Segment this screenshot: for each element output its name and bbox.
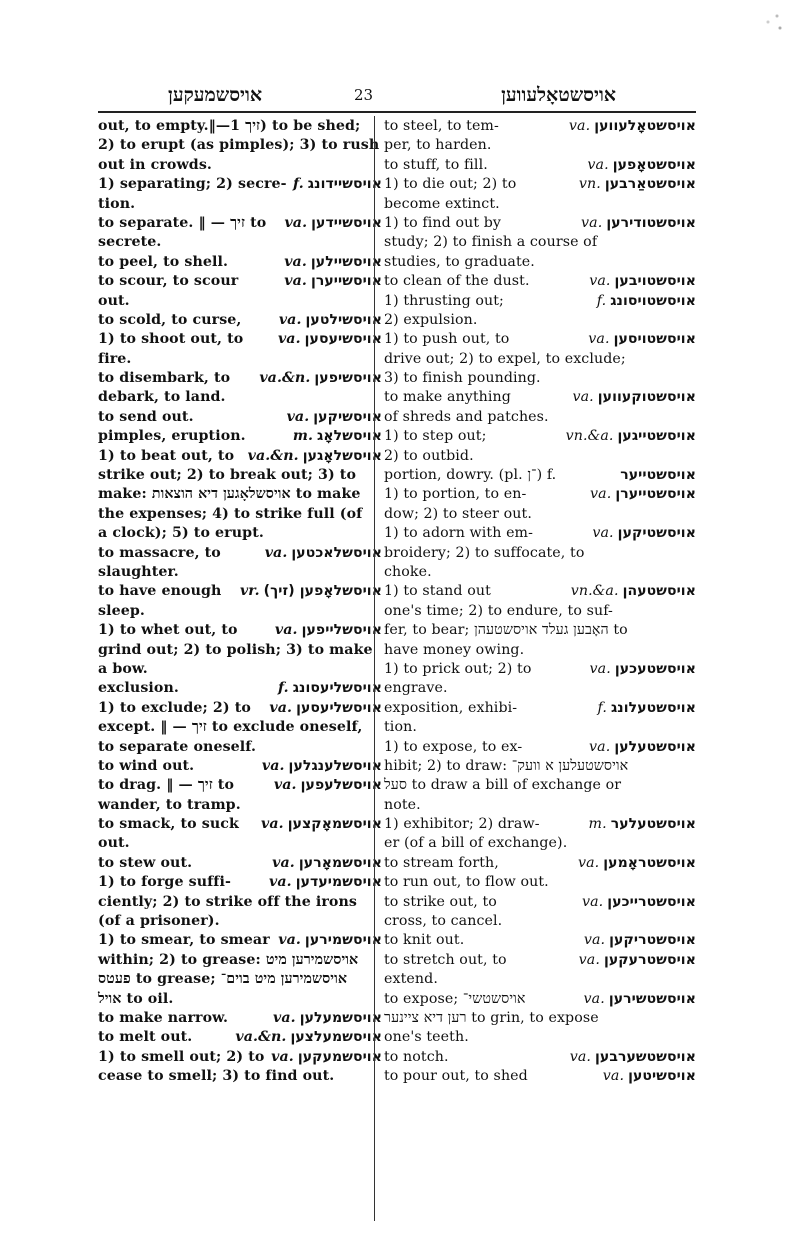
entry-line: to smack, to suckva.אויסשמאָקצען	[98, 815, 382, 834]
headword: אויסשלאָג	[317, 428, 382, 444]
headword-group: va.אויסשיידען	[284, 214, 382, 233]
entry-line: 1) to portion, to en-va.אויסשטייערן	[384, 485, 696, 504]
entry-line: to stew out.va.אויסשמאָרען	[98, 854, 382, 873]
definition-text: to stream forth,	[384, 854, 499, 873]
headword: אויסשטייגען	[618, 428, 697, 444]
part-of-speech: va.	[590, 486, 611, 502]
definition-text: slaughter.	[98, 564, 179, 580]
entry-line: to stretch out, tova.אויסשטרעקען	[384, 951, 696, 970]
definition-text: 1) to find out by	[384, 214, 501, 233]
entry-line: drive out; 2) to expel, to exclude;	[384, 350, 696, 369]
definition-text: to scour, to scour	[98, 272, 238, 291]
definition-text: wander, to tramp.	[98, 797, 241, 813]
part-of-speech: f.	[597, 700, 606, 716]
headword-group: va.אויסשמיעדען	[269, 873, 382, 892]
entry-line: fire.	[98, 350, 382, 369]
entry-line: hibit; 2) to draw: אויסשטעלען א וועק־	[384, 757, 696, 776]
entry-line: to pour out, to shedva.אויסשיטען	[384, 1067, 696, 1086]
headword: אויסשטשערבען	[595, 1049, 696, 1065]
entry-line: to send out.va.אויסשיקען	[98, 408, 382, 427]
headword-group: va.אויסשמאָקצען	[261, 815, 382, 834]
headword-group: va.אויסשמעלען	[273, 1009, 382, 1028]
headword-group: va.אויסשלענגלען	[262, 757, 382, 776]
entry-line: 2) to outbid.	[384, 447, 696, 466]
definition-text: 1) to exclude; 2) to	[98, 699, 251, 718]
headword: אויסשטראָמען	[603, 855, 696, 871]
definition-text: studies, to graduate.	[384, 254, 535, 270]
part-of-speech: m.	[589, 816, 607, 832]
definition-text: secrete.	[98, 234, 161, 250]
part-of-speech: vn.&a.	[566, 428, 614, 444]
entry-line: one's teeth.	[384, 1028, 696, 1047]
entry-line: to notch.va.אויסשטשערבען	[384, 1048, 696, 1067]
dictionary-page: אויסשמעקען 23 אויסשטאָלעווען out, to emp…	[0, 0, 788, 1238]
definition-text: אויל to oil.	[98, 991, 173, 1007]
part-of-speech: va.	[265, 545, 288, 561]
headword: אויסשטריקען	[609, 932, 696, 948]
definition-text: note.	[384, 797, 421, 813]
entry-line: 1) to prick out; 2) tova.אויסשטעכען	[384, 660, 696, 679]
headword-group: va.אויסשטיקען	[592, 524, 696, 543]
definition-text: to run out, to flow out.	[384, 874, 549, 890]
headword-group: va.אויסשטאָלעווען	[569, 117, 696, 136]
headword: אויסשמעלען	[300, 1010, 382, 1026]
entry-line: exposition, exhibi-f.אויסשטעלונג	[384, 699, 696, 718]
headword: אויסשלאכטען	[291, 545, 382, 561]
headword-group: va.אויסשמעקען	[271, 1048, 382, 1067]
part-of-speech: va.	[603, 1068, 624, 1084]
definition-text: to scold, to curse,	[98, 311, 241, 330]
definition-text: drive out; 2) to expel, to exclude;	[384, 351, 626, 367]
definition-text: to pour out, to shed	[384, 1067, 528, 1086]
entry-line: studies, to graduate.	[384, 253, 696, 272]
definition-text: 1) to portion, to en-	[384, 485, 526, 504]
definition-text: except. ‖ — זיך to exclude oneself,	[98, 719, 362, 735]
definition-text: פעטס to grease; אויסשמירען מיט בוים־	[98, 971, 347, 987]
entry-line: slaughter.	[98, 563, 382, 582]
part-of-speech: va.	[587, 157, 608, 173]
entry-line: a bow.	[98, 660, 382, 679]
entry-line: 1) to beat out, tova.&n.אויסשלאָגען	[98, 447, 382, 466]
part-of-speech: m.	[293, 428, 313, 444]
headword-group: va.אויסשיעסען	[278, 330, 382, 349]
entry-line: to strike out, tova.אויסשטרייכען	[384, 893, 696, 912]
entry-line: 3) to finish pounding.	[384, 369, 696, 388]
definition-text: exclusion.	[98, 679, 179, 698]
definition-text: 1) to smell out; 2) to	[98, 1048, 264, 1067]
part-of-speech: va.	[590, 661, 611, 677]
definition-text: 1) to stand out	[384, 582, 491, 601]
definition-text: 1) to push out, to	[384, 330, 509, 349]
headword-group: va.אויסשמירען	[278, 931, 382, 950]
definition-text: dow; 2) to steer out.	[384, 506, 532, 522]
headword-group: va.אויסשילטען	[279, 311, 382, 330]
entry-line: 1) to find out byva.אויסשטודירען	[384, 214, 696, 233]
headword: אויסשטעלונג	[611, 700, 696, 716]
entry-line: fer, to bear; האָבען געלד אויסשטעהן to	[384, 621, 696, 640]
definition-text: strike out; 2) to break out; 3) to	[98, 467, 356, 483]
part-of-speech: va.	[578, 855, 599, 871]
definition-text: to notch.	[384, 1048, 449, 1067]
entry-line: er (of a bill of exchange).	[384, 834, 696, 853]
definition-text: רען דיא ציינער to grin, to expose	[384, 1010, 599, 1026]
headword-group: va.אויסשלייפען	[275, 621, 382, 640]
definition-text: 1) exhibitor; 2) draw-	[384, 815, 540, 834]
entry-line: to clean of the dust.va.אויסשטויבען	[384, 272, 696, 291]
part-of-speech: va.	[584, 932, 605, 948]
part-of-speech: va.	[589, 739, 610, 755]
part-of-speech: va.	[581, 215, 602, 231]
entry-line: 1) thrusting out;f.אויסשטויסונג	[384, 292, 696, 311]
entry-line: dow; 2) to steer out.	[384, 505, 696, 524]
entry-line: to scour, to scourva.אויסשייערן	[98, 272, 382, 291]
definition-text: a bow.	[98, 661, 148, 677]
definition-text: 1) to die out; 2) to	[384, 175, 516, 194]
headword: אויסשטוקעווען	[598, 389, 696, 405]
part-of-speech: va.	[569, 118, 590, 134]
definition-text: hibit; 2) to draw: אויסשטעלען א וועק־	[384, 758, 628, 774]
part-of-speech: va.	[269, 874, 292, 890]
definition-text: grind out; 2) to polish; 3) to make	[98, 642, 373, 658]
definition-text: 1) to step out;	[384, 427, 486, 446]
headword: אויסשמאָקצען	[288, 816, 382, 832]
headword: אויסשטאַרבען	[605, 176, 696, 192]
headword: אויסשטודירען	[606, 215, 696, 231]
definition-text: 1) to forge suffi-	[98, 873, 231, 892]
headword: אויסשמעלצען	[290, 1029, 382, 1045]
definition-text: cross, to cancel.	[384, 913, 502, 929]
entry-line: to make narrow.va.אויסשמעלען	[98, 1009, 382, 1028]
part-of-speech: va.&n.	[248, 448, 299, 464]
entry-line: study; 2) to finish a course of	[384, 233, 696, 252]
entry-line: 1) to stand outvn.&a.אויסשטעהן	[384, 582, 696, 601]
definition-text: to disembark, to	[98, 369, 230, 388]
headword: אויסשיקען	[313, 409, 382, 425]
part-of-speech: va.	[570, 1049, 591, 1065]
definition-text: 1) to beat out, to	[98, 447, 234, 466]
entry-line: to disembark, tova.&n.אויסשיפען	[98, 369, 382, 388]
definition-text: broidery; 2) to suffocate, to	[384, 545, 584, 561]
entry-line: out, to empty.‖—זיך 1) to be shed;	[98, 117, 382, 136]
part-of-speech: va.	[279, 312, 302, 328]
headword: אויסשיילען	[311, 254, 382, 270]
entry-line: to melt out.va.&n.אויסשמעלצען	[98, 1028, 382, 1047]
entry-line: one's time; 2) to endure, to suf-	[384, 602, 696, 621]
headword-group: va.&n.אויסשלאָגען	[248, 447, 382, 466]
part-of-speech: va.	[273, 1010, 296, 1026]
headword-group: va.אויסשיקען	[287, 408, 382, 427]
part-of-speech: va.	[278, 331, 301, 347]
headword-group: va.אויסשטריקען	[584, 931, 696, 950]
entry-line: strike out; 2) to break out; 3) to	[98, 466, 382, 485]
headword-group: f.אויסשטעלונג	[597, 699, 696, 718]
headword-group: va.אויסשטויסען	[588, 330, 696, 349]
definition-text: to make anything	[384, 388, 511, 407]
header-right-guideword: אויסשטאָלעווען	[501, 84, 616, 107]
entry-line: to peel, to shell.va.אויסשיילען	[98, 253, 382, 272]
part-of-speech: va.&n.	[259, 370, 310, 386]
definition-text: become extinct.	[384, 196, 500, 212]
definition-text: debark, to land.	[98, 389, 226, 405]
entry-line: a clock); 5) to erupt.	[98, 524, 382, 543]
headword: אויסשליעסען	[296, 700, 382, 716]
entry-line: to stuff, to fill.va.אויסשטאָפען	[384, 156, 696, 175]
definition-text: extend.	[384, 971, 438, 987]
definition-text: fer, to bear; האָבען געלד אויסשטעהן to	[384, 622, 628, 638]
definition-text: to stretch out, to	[384, 951, 507, 970]
entry-line: to scold, to curse,va.אויסשילטען	[98, 311, 382, 330]
definition-text: the expenses; 4) to strike full (of	[98, 506, 362, 522]
entry-line: to drag. ‖ — זיך tova.אויסשלעפען	[98, 776, 382, 795]
headword: אויסשטייערן	[615, 486, 696, 502]
headword-group: va.אויסשטעלען	[589, 738, 696, 757]
headword-group: f.אויסשיידונג	[293, 175, 382, 194]
entry-line: grind out; 2) to polish; 3) to make	[98, 641, 382, 660]
definition-text: to knit out.	[384, 931, 464, 950]
entry-line: ciently; 2) to strike off the irons	[98, 893, 382, 912]
definition-text: to separate. ‖ — זיך to	[98, 214, 266, 233]
definition-text: tion.	[384, 719, 417, 735]
definition-text: 1) to shoot out, to	[98, 330, 243, 349]
definition-text: a clock); 5) to erupt.	[98, 525, 264, 541]
entry-line: out.	[98, 834, 382, 853]
entry-line: 1) to adorn with em-va.אויסשטיקען	[384, 524, 696, 543]
definition-text: fire.	[98, 351, 131, 367]
entry-line: to run out, to flow out.	[384, 873, 696, 892]
entry-line: 1) to smear, to smearva.אויסשמירען	[98, 931, 382, 950]
definition-text: have money owing.	[384, 642, 524, 658]
entry-line: to separate. ‖ — זיך tova.אויסשיידען	[98, 214, 382, 233]
headword: אויסשמאָרען	[299, 855, 382, 871]
headword-group: va.אויסשלאכטען	[265, 544, 382, 563]
headword-group: f.אויסשליעסונג	[278, 679, 382, 698]
headword: אויסשטעהן	[623, 583, 696, 599]
entry-line: 1) exhibitor; 2) draw-m.אויסשטעלער	[384, 815, 696, 834]
definition-text: portion, dowry. (pl. ־ן) f.	[384, 466, 556, 485]
entry-line: cease to smell; 3) to find out.	[98, 1067, 382, 1086]
headword-group: va.אויסשיטען	[603, 1067, 696, 1086]
entry-line: (of a prisoner).	[98, 912, 382, 931]
definition-text: 3) to finish pounding.	[384, 370, 541, 386]
part-of-speech: va.	[278, 932, 301, 948]
headword: אויסשיעסען	[305, 331, 382, 347]
entry-line: except. ‖ — זיך to exclude oneself,	[98, 718, 382, 737]
definition-text: choke.	[384, 564, 432, 580]
headword: אויסשטייער	[620, 467, 696, 483]
entry-line: 1) to exclude; 2) tova.אויסשליעסען	[98, 699, 382, 718]
definition-text: 1) to smear, to smear	[98, 931, 270, 950]
definition-text: 1) separating; 2) secre-	[98, 175, 287, 194]
definition-text: per, to harden.	[384, 137, 491, 153]
entry-line: 2) expulsion.	[384, 311, 696, 330]
column-divider	[374, 116, 375, 1221]
headword-group: va.אויסשיילען	[284, 253, 382, 272]
headword-group: va.אויסשטוקעווען	[572, 388, 696, 407]
entry-line: have money owing.	[384, 641, 696, 660]
headword-group: va.&n.אויסשמעלצען	[235, 1028, 382, 1047]
definition-text: pimples, eruption.	[98, 427, 246, 446]
definition-text: 1) thrusting out;	[384, 292, 504, 311]
definition-text: to have enough	[98, 582, 221, 601]
definition-text: exposition, exhibi-	[384, 699, 517, 718]
part-of-speech: va.	[269, 700, 292, 716]
definition-text: to smack, to suck	[98, 815, 239, 834]
headword-group: va.אויסשטייערן	[590, 485, 696, 504]
headword: אויסשייערן	[311, 273, 382, 289]
entry-line: choke.	[384, 563, 696, 582]
definition-text: to stuff, to fill.	[384, 156, 488, 175]
page-header: אויסשמעקען 23 אויסשטאָלעווען	[98, 84, 696, 112]
headword: אויסשטויסען	[614, 331, 696, 347]
definition-text: 1) to whet out, to	[98, 621, 238, 640]
headword: אויסשטויסונג	[610, 293, 696, 309]
headword: אויסשיידונג	[308, 176, 382, 192]
headword: אויסשיפען	[314, 370, 382, 386]
definition-text: study; 2) to finish a course of	[384, 234, 597, 250]
definition-text: 1) to expose, to ex-	[384, 738, 522, 757]
headword: אויסשטאָלעווען	[594, 118, 696, 134]
part-of-speech: f.	[597, 293, 606, 309]
definition-text: out.	[98, 293, 130, 309]
headword: אויסשיטען	[628, 1068, 696, 1084]
entry-line: 1) separating; 2) secre-f.אויסשיידונג	[98, 175, 382, 194]
definition-text: one's teeth.	[384, 1029, 469, 1045]
entry-line: to have enoughvr.(זיך) אויסשלאָפען	[98, 582, 382, 601]
definition-text: to peel, to shell.	[98, 253, 228, 272]
right-column: to steel, to tem-va.אויסשטאָלעוועןper, t…	[384, 117, 696, 1087]
definition-text: of shreds and patches.	[384, 409, 549, 425]
entry-line: סעל to draw a bill of exchange or	[384, 776, 696, 795]
headword-group: va.אויסשליעסען	[269, 699, 382, 718]
entry-line: pimples, eruption.m.אויסשלאָג	[98, 427, 382, 446]
part-of-speech: va.	[261, 816, 284, 832]
headword-group: vr.(זיך) אויסשלאָפען	[240, 582, 382, 601]
headword: אויסשליעסונג	[293, 680, 382, 696]
part-of-speech: va.	[588, 331, 609, 347]
header-rule	[98, 111, 696, 113]
part-of-speech: va.	[274, 777, 297, 793]
scan-noise	[756, 4, 786, 34]
headword-group: va.אויסשטודירען	[581, 214, 696, 233]
headword: אויסשטויבען	[615, 273, 696, 289]
definition-text: sleep.	[98, 603, 145, 619]
entry-line: cross, to cancel.	[384, 912, 696, 931]
headword: אויסשמירען	[305, 932, 382, 948]
part-of-speech: f.	[293, 176, 304, 192]
definition-text: to wind out.	[98, 757, 194, 776]
part-of-speech: vn.	[579, 176, 601, 192]
part-of-speech: va.	[589, 273, 610, 289]
headword: אויסשטעלער	[611, 816, 696, 832]
entry-line: tion.	[384, 718, 696, 737]
part-of-speech: va.	[271, 1049, 294, 1065]
entry-line: אויל to oil.	[98, 990, 382, 1009]
entry-line: 1) to shoot out, tova.אויסשיעסען	[98, 330, 382, 349]
definition-text: 2) to outbid.	[384, 448, 474, 464]
headword-group: אויסשטייער	[620, 466, 696, 485]
definition-text: to steel, to tem-	[384, 117, 499, 136]
entry-line: רען דיא ציינער to grin, to expose	[384, 1009, 696, 1028]
headword-group: va.אויסשלעפען	[274, 776, 382, 795]
headword: אויסשטרייכען	[607, 894, 696, 910]
headword-group: vn.אויסשטאַרבען	[579, 175, 696, 194]
header-left-guideword: אויסשמעקען	[168, 84, 262, 107]
definition-text: to strike out, to	[384, 893, 497, 912]
definition-text: סעל to draw a bill of exchange or	[384, 777, 621, 793]
part-of-speech: va.	[284, 254, 307, 270]
part-of-speech: va.	[579, 952, 600, 968]
part-of-speech: f.	[278, 680, 289, 696]
definition-text: 1) to prick out; 2) to	[384, 660, 531, 679]
headword: אויסשטרעקען	[604, 952, 696, 968]
definition-text: one's time; 2) to endure, to suf-	[384, 603, 613, 619]
entry-line: to massacre, tova.אויסשלאכטען	[98, 544, 382, 563]
definition-text: cease to smell; 3) to find out.	[98, 1068, 334, 1084]
entry-line: portion, dowry. (pl. ־ן) f.אויסשטייער	[384, 466, 696, 485]
definition-text: 2) to erupt (as pimples); 3) to rush	[98, 137, 379, 153]
part-of-speech: va.	[275, 622, 298, 638]
entry-line: 1) to whet out, tova.אויסשלייפען	[98, 621, 382, 640]
definition-text: out in crowds.	[98, 157, 212, 173]
definition-text: 2) expulsion.	[384, 312, 478, 328]
headword: אויסשלעפען	[301, 777, 382, 793]
headword-group: va.אויסשטעכען	[590, 660, 696, 679]
entry-line: 1) to push out, tova.אויסשטויסען	[384, 330, 696, 349]
headword-group: va.אויסשטרייכען	[582, 893, 696, 912]
entry-line: tion.	[98, 195, 382, 214]
headword: אויסשמיעדען	[296, 874, 382, 890]
entry-line: note.	[384, 796, 696, 815]
entry-line: out.	[98, 292, 382, 311]
entry-line: engrave.	[384, 679, 696, 698]
entry-line: the expenses; 4) to strike full (of	[98, 505, 382, 524]
headword: אויסשלענגלען	[289, 758, 382, 774]
entry-line: to wind out.va.אויסשלענגלען	[98, 757, 382, 776]
definition-text: within; 2) to grease: אויסשמירען מיט	[98, 952, 358, 968]
definition-text: to clean of the dust.	[384, 272, 530, 291]
definition-text: out, to empty.‖—זיך 1) to be shed;	[98, 118, 360, 134]
headword-group: vn.&a.אויסשטעהן	[571, 582, 696, 601]
headword-group: m.אויסשלאָג	[293, 427, 382, 446]
definition-text: 1) to adorn with em-	[384, 524, 533, 543]
headword-group: vn.&a.אויסשטייגען	[566, 427, 696, 446]
entry-line: make: אויסשלאָגען דיא הוצאות to make	[98, 485, 382, 504]
headword: אויסשטאָפען	[613, 157, 696, 173]
headword-group: va.אויסשטשערבען	[570, 1048, 696, 1067]
headword-group: va.אויסשטשירען	[584, 990, 696, 1009]
headword: אויסשילטען	[306, 312, 382, 328]
part-of-speech: va.	[584, 991, 605, 1007]
headword: אויסשטיקען	[618, 525, 696, 541]
entry-line: debark, to land.	[98, 388, 382, 407]
headword-group: va.&n.אויסשיפען	[259, 369, 382, 388]
headword: אויסשטעלען	[614, 739, 696, 755]
part-of-speech: va.	[284, 215, 307, 231]
entry-line: 2) to erupt (as pimples); 3) to rush	[98, 136, 382, 155]
entry-line: to knit out.va.אויסשטריקען	[384, 931, 696, 950]
headword-group: va.אויסשטרעקען	[579, 951, 696, 970]
part-of-speech: va.	[592, 525, 613, 541]
definition-text: engrave.	[384, 680, 448, 696]
definition-text: to melt out.	[98, 1028, 192, 1047]
entry-line: to stream forth,va.אויסשטראָמען	[384, 854, 696, 873]
entry-line: to make anythingva.אויסשטוקעווען	[384, 388, 696, 407]
definition-text: to separate oneself.	[98, 739, 256, 755]
entry-line: to steel, to tem-va.אויסשטאָלעווען	[384, 117, 696, 136]
entry-line: 1) to die out; 2) tovn.אויסשטאַרבען	[384, 175, 696, 194]
entry-line: wander, to tramp.	[98, 796, 382, 815]
definition-text: out.	[98, 835, 130, 851]
